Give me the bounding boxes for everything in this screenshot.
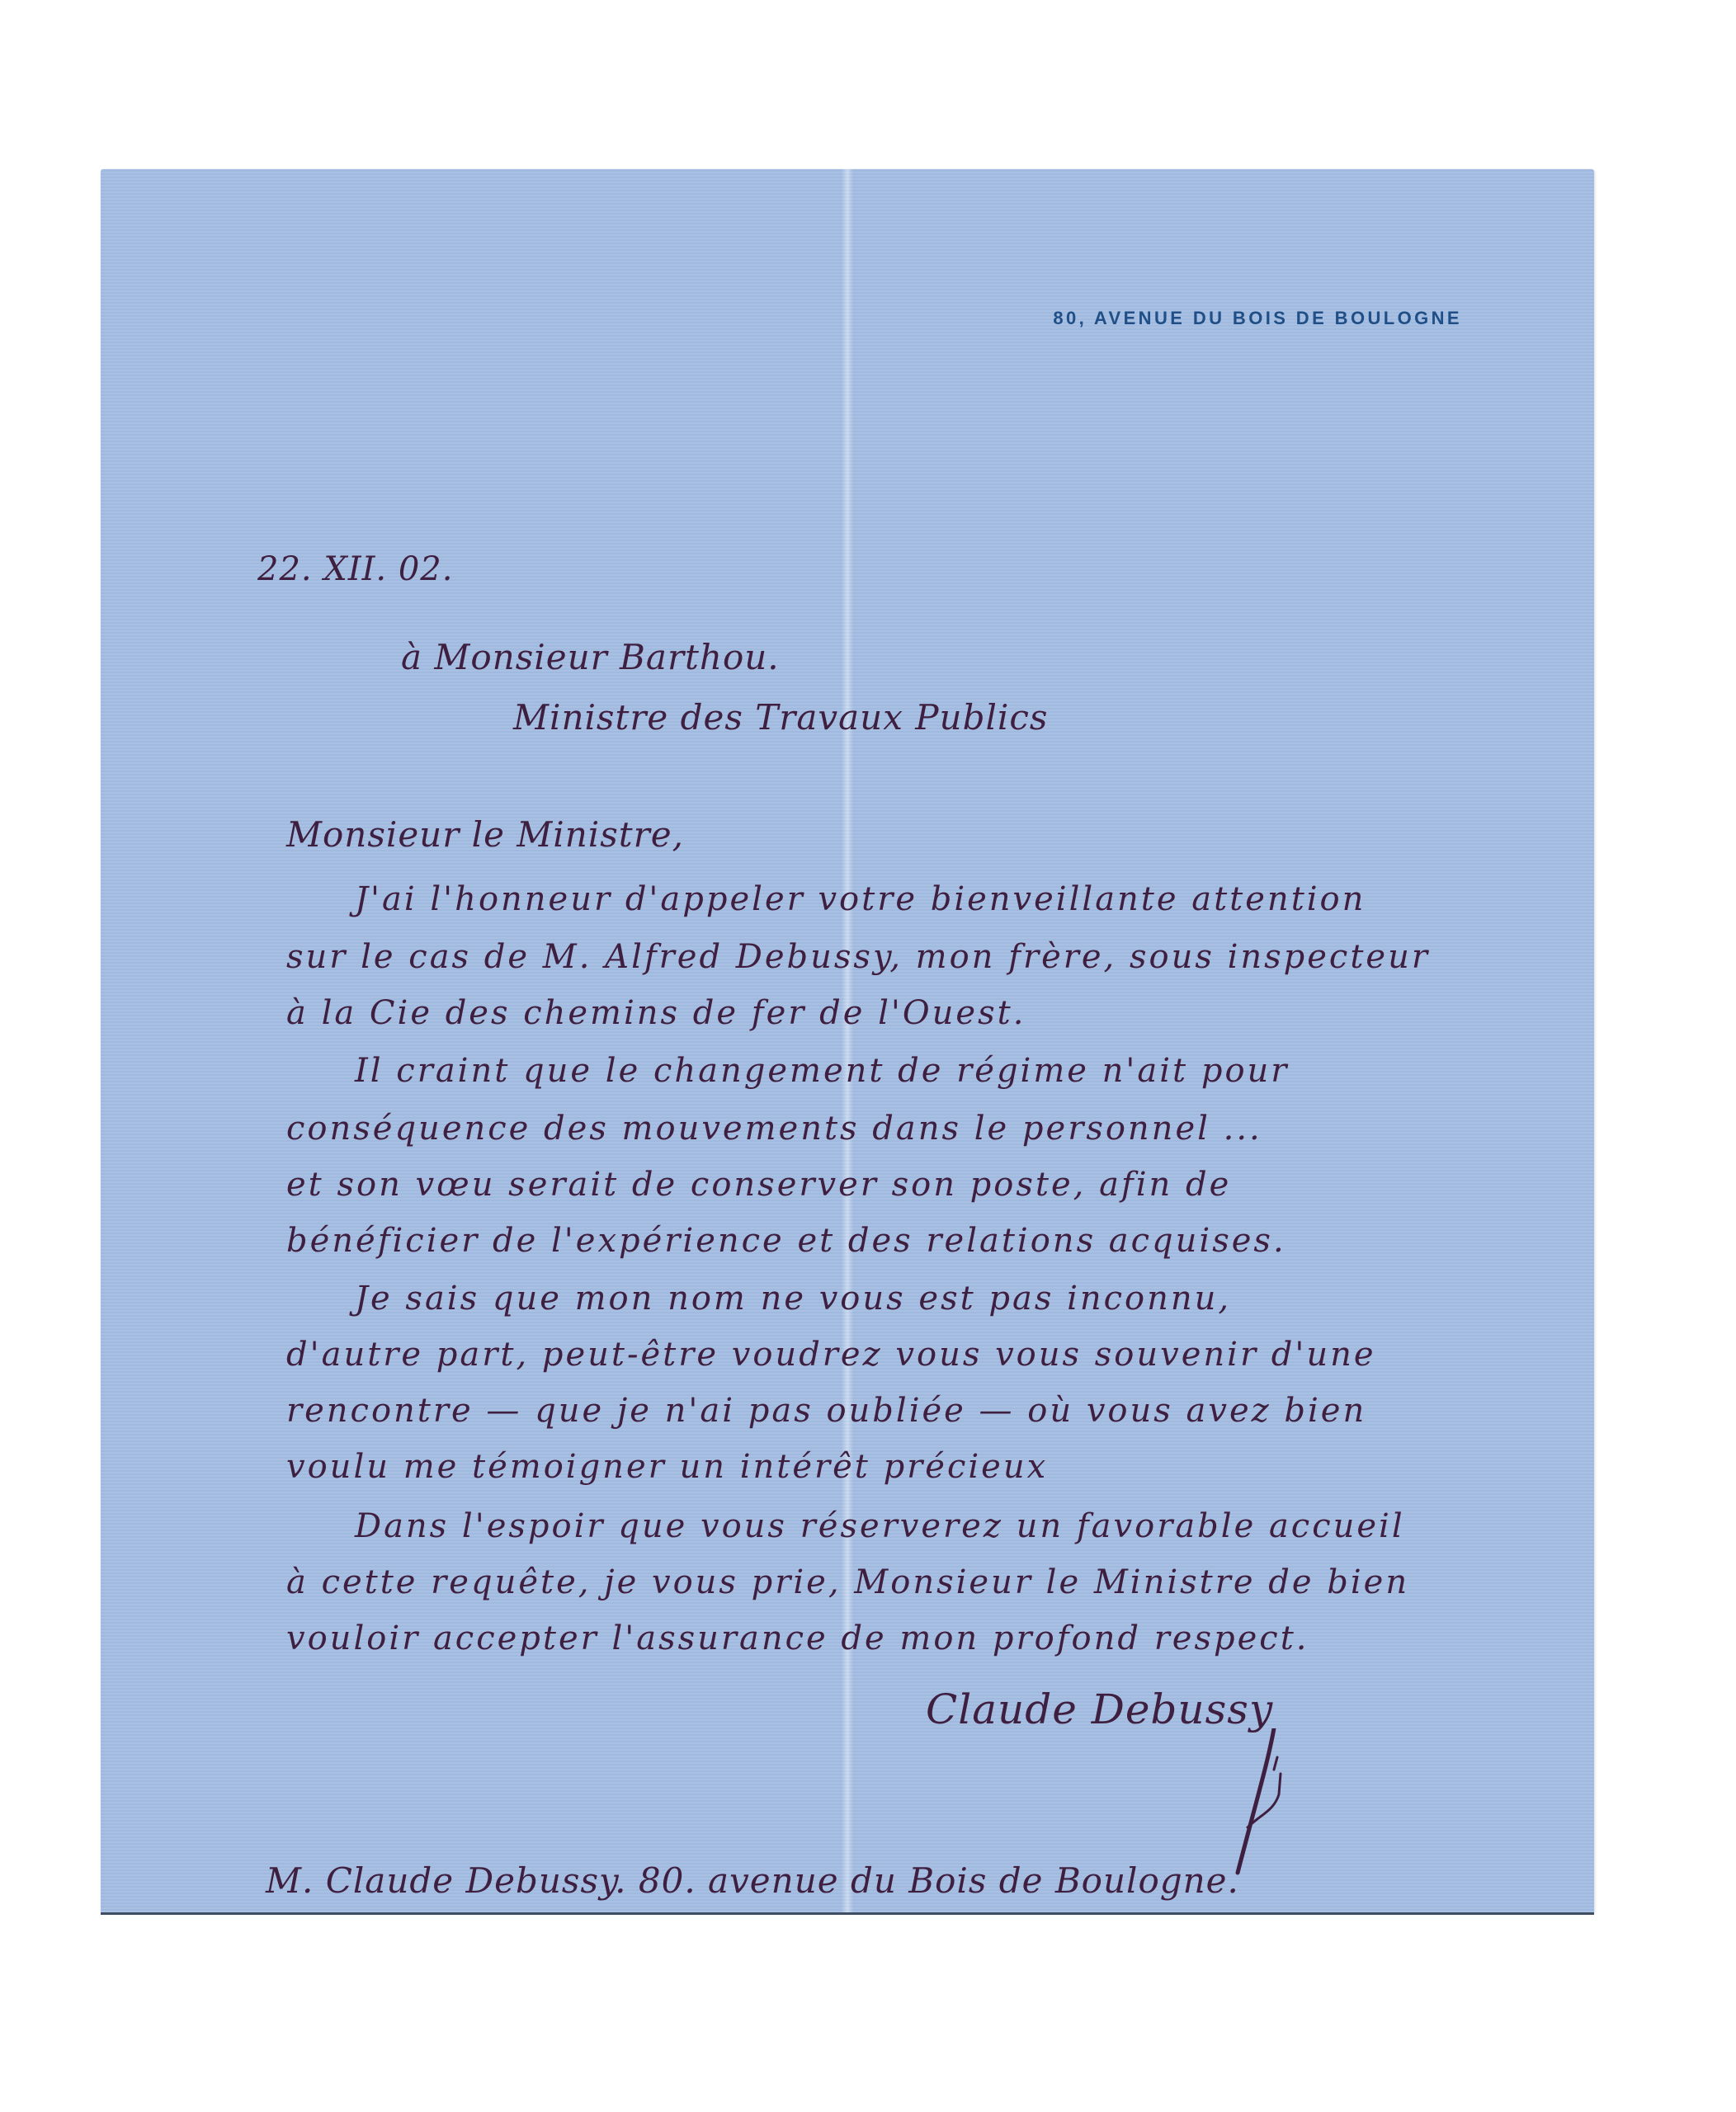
body-line: Dans l'espoir que vous réserverez un fav… <box>355 1507 1405 1545</box>
body-line: vouloir accepter l'assurance de mon prof… <box>286 1619 1309 1657</box>
body-line: voulu me témoigner un intérêt précieux <box>286 1448 1048 1486</box>
letter-paper: 80, AVENUE DU BOIS DE BOULOGNE 22. XII. … <box>101 169 1594 1912</box>
body-line: rencontre — que je n'ai pas oubliée — où… <box>286 1392 1366 1430</box>
body-line: et son vœu serait de conserver son poste… <box>286 1166 1231 1204</box>
body-line: à cette requête, je vous prie, Monsieur … <box>286 1563 1409 1601</box>
body-line: sur le cas de M. Alfred Debussy, mon frè… <box>286 938 1430 976</box>
body-line: Il craint que le changement de régime n'… <box>355 1052 1289 1090</box>
body-line: Je sais que mon nom ne vous est pas inco… <box>355 1280 1231 1318</box>
recipient-title: Ministre des Travaux Publics <box>513 697 1048 738</box>
body-line: J'ai l'honneur d'appeler votre bienveill… <box>355 880 1366 918</box>
recipient-name: à Monsieur Barthou. <box>401 637 780 677</box>
salutation: Monsieur le Ministre, <box>286 814 684 855</box>
sender-address: M. Claude Debussy. 80. avenue du Bois de… <box>266 1860 1239 1901</box>
body-line: conséquence des mouvements dans le perso… <box>286 1110 1262 1148</box>
body-line: à la Cie des chemins de fer de l'Ouest. <box>286 994 1026 1032</box>
signature: Claude Debussy <box>926 1685 1273 1733</box>
body-line: bénéficier de l'expérience et des relati… <box>286 1222 1286 1260</box>
letter-date: 22. XII. 02. <box>257 550 453 588</box>
signature-flourish-icon <box>1223 1728 1289 1877</box>
letterhead-address: 80, AVENUE DU BOIS DE BOULOGNE <box>1053 308 1462 329</box>
body-line: d'autre part, peut-être voudrez vous vou… <box>286 1336 1376 1374</box>
